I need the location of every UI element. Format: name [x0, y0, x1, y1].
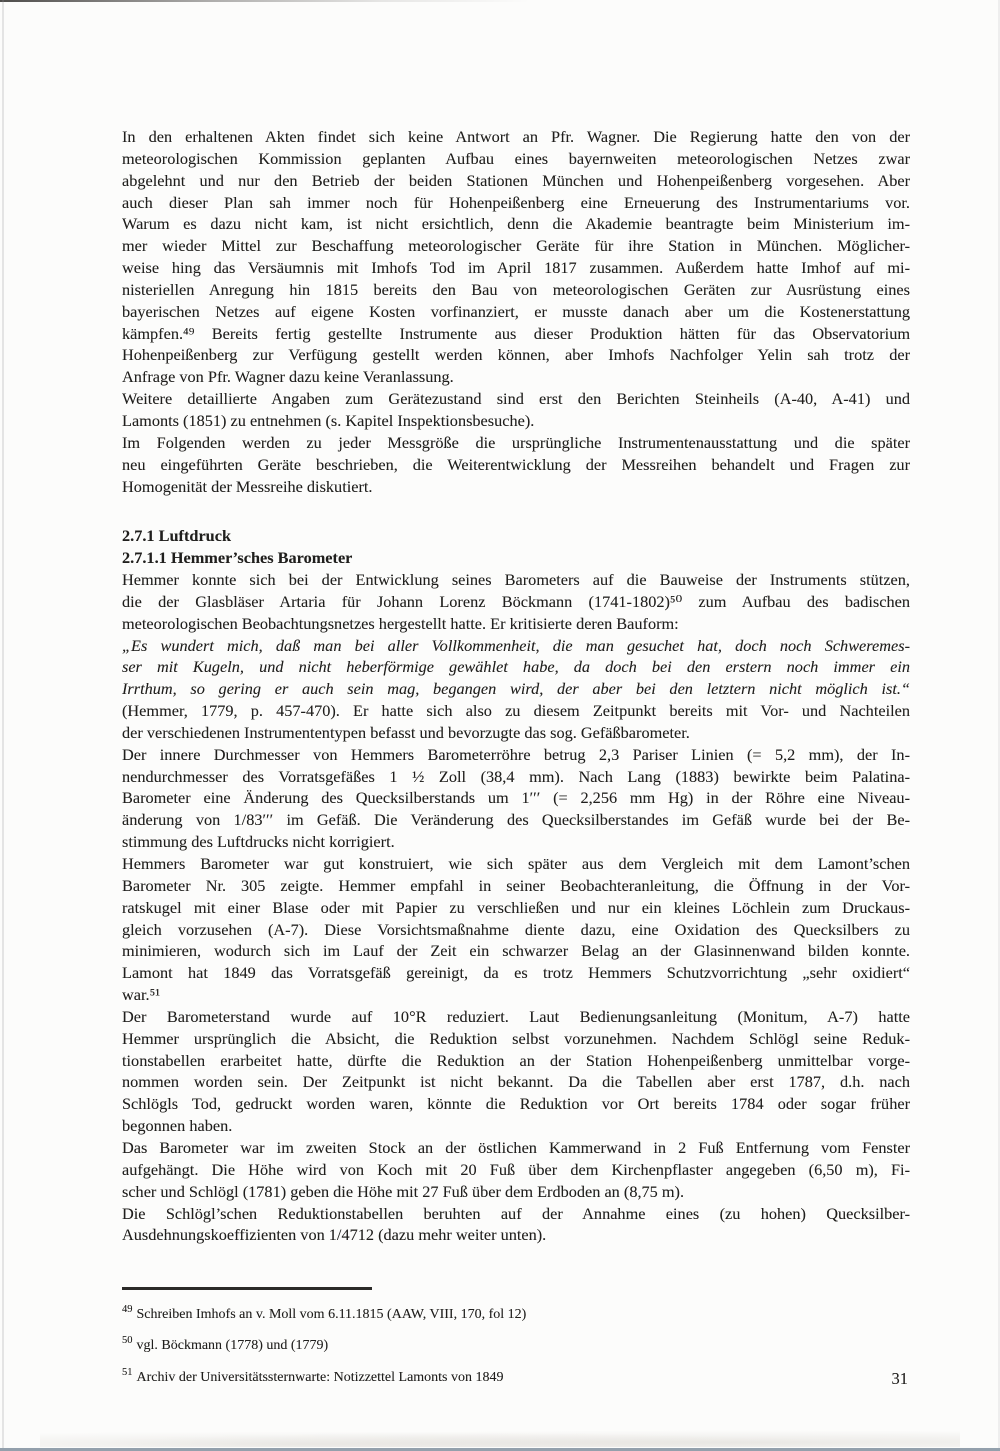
text-line: nisteriellen Anregung hin 1815 bereits d…: [122, 279, 910, 301]
paragraph-reduktion: Der Barometerstand wurde auf 10°R reduzi…: [122, 1006, 910, 1137]
footnote-separator: [122, 1287, 372, 1290]
text-line: aufgehängt. Die Höhe wird von Koch mit 2…: [122, 1159, 910, 1181]
text-line: Anfrage von Pfr. Wagner dazu keine Veran…: [122, 366, 910, 388]
scan-artifact-bottom-smudge: [40, 1429, 960, 1447]
text-line: Schlögls Tod, gedruckt worden waren, kön…: [122, 1093, 910, 1115]
footnote-51: 51Archiv der Universitätssternwarte: Not…: [122, 1360, 910, 1392]
footnote-49: 49Schreiben Imhofs an v. Moll vom 6.11.1…: [122, 1297, 910, 1329]
text-column: In den erhaltenen Akten findet sich kein…: [122, 126, 910, 1391]
text-line: kämpfen.⁴⁹ Bereits fertig gestellte Inst…: [122, 323, 910, 345]
footnote-text: Archiv der Universitätssternwarte: Notiz…: [137, 1370, 504, 1385]
text-line: abgelehnt und nur den Betrieb der beiden…: [122, 170, 910, 192]
paragraph-intro: In den erhaltenen Akten findet sich kein…: [122, 126, 910, 388]
footnote-50: 50vgl. Böckmann (1778) und (1779): [122, 1328, 910, 1360]
text-line: tionstabellen erarbeitet hatte, dürfte d…: [122, 1050, 910, 1072]
footnote-number: 51: [122, 1367, 133, 1378]
text-line: Barometer Nr. 305 zeigte. Hemmer empfahl…: [122, 875, 910, 897]
text-line: änderung von 1/83′′′ im Gefäß. Die Verän…: [122, 809, 910, 831]
text-line: Lamonts (1851) zu entnehmen (s. Kapitel …: [122, 410, 910, 432]
page-number: 31: [892, 1369, 909, 1389]
text-line: nommen worden sein. Der Zeitpunkt ist ni…: [122, 1071, 910, 1093]
text-line: meteorologischen Kommission geplanten Au…: [122, 148, 910, 170]
text-line: Hohenpeißenberg zur Verfügung gestellt w…: [122, 344, 910, 366]
section-heading-luftdruck: 2.7.1 Luftdruck: [122, 525, 910, 547]
text-line: Weitere detaillierte Angaben zum Gerätez…: [122, 388, 910, 410]
text-line: Hemmers Barometer war gut konstruiert, w…: [122, 853, 910, 875]
footnote-text: Schreiben Imhofs an v. Moll vom 6.11.181…: [137, 1307, 527, 1322]
text-line: Lamont hat 1849 das Vorratsgefäß gereini…: [122, 962, 910, 984]
text-line: Ausdehnungskoeffizienten von 1/4712 (daz…: [122, 1224, 910, 1246]
text-line: (Hemmer, 1779, p. 457-470). Er hatte sic…: [122, 700, 910, 722]
paragraph-im-folgenden: Im Folgenden werden zu jeder Messgröße d…: [122, 432, 910, 498]
text-line: Warum es dazu nicht kam, ist nicht ersic…: [122, 213, 910, 235]
text-line: bayerischen Netzes auf eigene Kosten vor…: [122, 301, 910, 323]
text-line: stimmung des Luftdrucks nicht korrigiert…: [122, 831, 910, 853]
text-line: weise hing das Versäumnis mit Imhofs Tod…: [122, 257, 910, 279]
text-line: gleich vorzusehen (A-7). Diese Vorsichts…: [122, 919, 910, 941]
footnote-number: 49: [122, 1304, 133, 1315]
text-line: ratskugel mit einer Blase oder mit Papie…: [122, 897, 910, 919]
text-line: Barometer eine Änderung des Quecksilbers…: [122, 787, 910, 809]
text-line: Homogenität der Messreihe diskutiert.: [122, 476, 910, 498]
paragraph-hemmer-bauweise: Hemmer konnte sich bei der Entwicklung s…: [122, 569, 910, 635]
footnote-number: 50: [122, 1335, 133, 1346]
paragraph-konstruktion: Hemmers Barometer war gut konstruiert, w…: [122, 853, 910, 1006]
text-line: begonnen haben.: [122, 1115, 910, 1137]
text-line: neu eingeführten Geräte beschrieben, die…: [122, 454, 910, 476]
text-line: der verschiedenen Instrumententypen befa…: [122, 722, 910, 744]
text-line: Der innere Durchmesser von Hemmers Barom…: [122, 744, 910, 766]
paragraph-zitat-quelle: (Hemmer, 1779, p. 457-470). Er hatte sic…: [122, 700, 910, 744]
paragraph-weitere-angaben: Weitere detaillierte Angaben zum Gerätez…: [122, 388, 910, 432]
text-line: Im Folgenden werden zu jeder Messgröße d…: [122, 432, 910, 454]
scanned-page: In den erhaltenen Akten findet sich kein…: [0, 0, 1000, 1451]
text-line: Der Barometerstand wurde auf 10°R reduzi…: [122, 1006, 910, 1028]
scan-artifact-top-edge: [0, 0, 530, 2]
text-line: war.⁵¹: [122, 984, 910, 1006]
paragraph-durchmesser: Der innere Durchmesser von Hemmers Barom…: [122, 744, 910, 853]
text-line: Das Barometer war im zweiten Stock an de…: [122, 1137, 910, 1159]
text-line: die der Glasbläser Artaria für Johann Lo…: [122, 591, 910, 613]
text-line: Hemmer ursprünglich die Absicht, die Red…: [122, 1028, 910, 1050]
text-line: minimieren, wodurch sich im Lauf der Zei…: [122, 940, 910, 962]
text-blocks: In den erhaltenen Akten findet sich kein…: [122, 126, 910, 1246]
text-line: Hemmer konnte sich bei der Entwicklung s…: [122, 569, 910, 591]
footnotes: 49Schreiben Imhofs an v. Moll vom 6.11.1…: [122, 1297, 910, 1392]
text-line: „Es wundert mich, daß man bei aller Voll…: [122, 635, 910, 657]
text-line: mer wieder Mittel zur Beschaffung meteor…: [122, 235, 910, 257]
quote-hemmer-kritik: „Es wundert mich, daß man bei aller Voll…: [122, 635, 910, 701]
paragraph-reduktionstabellen: Die Schlögl’schen Reduktionstabellen ber…: [122, 1203, 910, 1247]
paragraph-aufhaengung: Das Barometer war im zweiten Stock an de…: [122, 1137, 910, 1203]
text-line: meteorologischen Beobachtungsnetzes herg…: [122, 613, 910, 635]
text-line: Irrthum, so gering er auch sein mag, beg…: [122, 678, 910, 700]
scan-artifact-left-edge: [2, 0, 4, 1451]
text-line: ser mit Kugeln, und nicht heberförmige g…: [122, 656, 910, 678]
text-line: In den erhaltenen Akten findet sich kein…: [122, 126, 910, 148]
vertical-gap: [122, 497, 910, 525]
text-line: scher und Schlögl (1781) geben die Höhe …: [122, 1181, 910, 1203]
text-line: Die Schlögl’schen Reduktionstabellen ber…: [122, 1203, 910, 1225]
text-line: nendurchmesser des Vorratsgefäßes 1 ½ Zo…: [122, 766, 910, 788]
subsection-heading-hemmer-barometer: 2.7.1.1 Hemmer’sches Barometer: [122, 547, 910, 569]
footnote-text: vgl. Böckmann (1778) und (1779): [137, 1338, 329, 1353]
text-line: auch dieser Plan sah immer noch für Hohe…: [122, 192, 910, 214]
